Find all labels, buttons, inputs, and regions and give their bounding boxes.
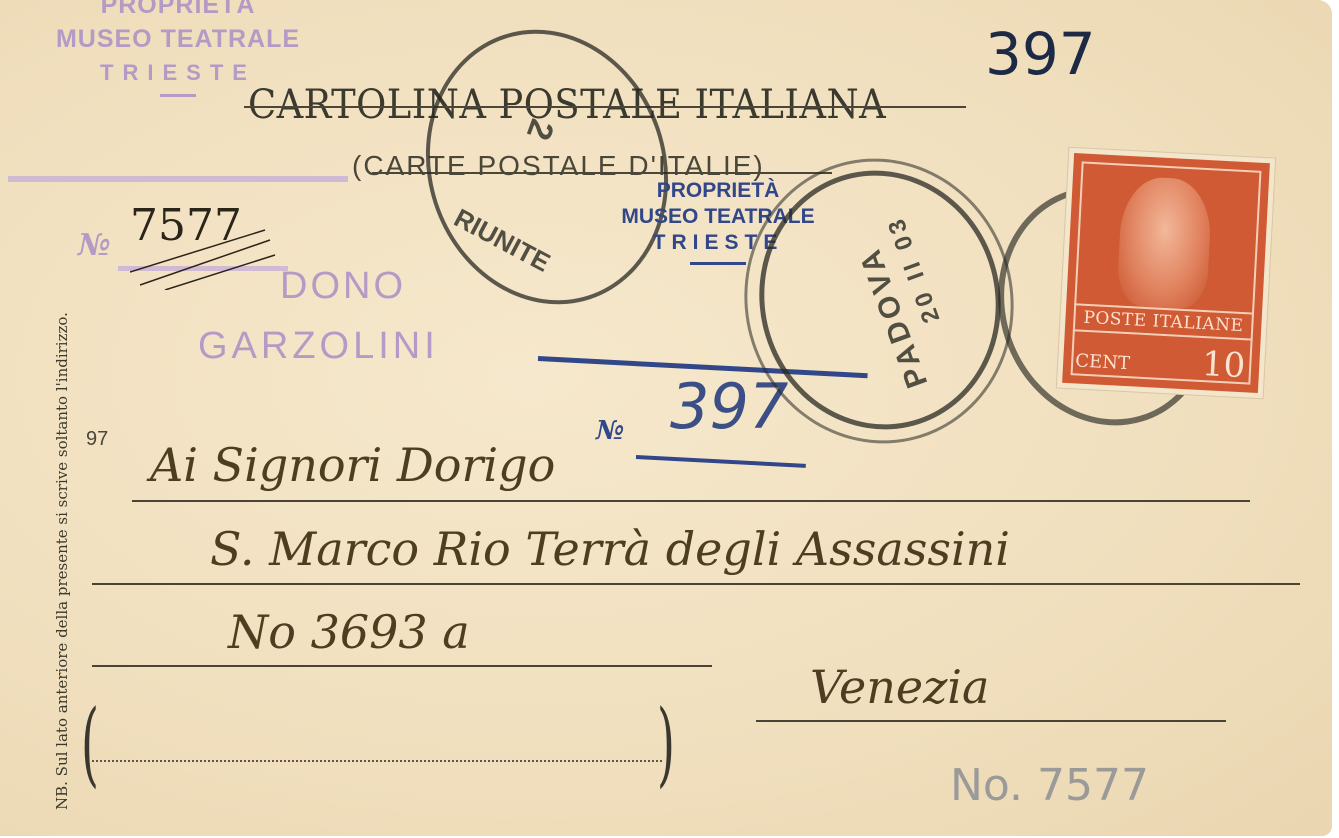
sender-dotted-line <box>92 760 662 762</box>
address-line-1: Ai Signori Dorigo <box>150 438 555 492</box>
stamp-unit: CENT <box>1075 350 1131 374</box>
strikeout-lines <box>130 200 280 290</box>
postcard: PROPRIETÀ MUSEO TEATRALE TRIESTE № 7577 … <box>0 0 1332 836</box>
postage-stamp: POSTE ITALIANE CENT 10 <box>1062 153 1270 393</box>
pencil-note: No. 7577 <box>950 760 1149 811</box>
blue-number-underline <box>636 455 806 468</box>
stamp-underline <box>160 94 196 97</box>
address-line-4: Venezia <box>810 660 989 714</box>
catalog-number: 397 <box>985 20 1096 88</box>
postmark-riunite <box>391 0 703 336</box>
number-label-purple: № <box>78 228 111 263</box>
stamp-underline <box>690 262 746 265</box>
number-label-blue: № <box>596 416 624 446</box>
donation-stamp-line-2: GARZOLINI <box>198 325 439 368</box>
right-paren: ) <box>657 690 675 797</box>
address-rule-1 <box>132 500 1250 502</box>
printed-number: 97 <box>86 428 108 451</box>
address-line-3: No 3693 a <box>228 605 470 659</box>
address-rule-4 <box>756 720 1226 722</box>
stamp-line-1: PROPRIETÀ <box>28 0 328 22</box>
address-line-2: S. Marco Rio Terrà degli Assassini <box>210 522 1010 576</box>
side-note: NB. Sul lato anteriore della presente si… <box>53 312 71 810</box>
king-portrait-icon <box>1116 176 1213 311</box>
address-rule-3 <box>92 665 712 667</box>
stamp-value: 10 <box>1201 344 1246 386</box>
stamp-line-2: MUSEO TEATRALE <box>28 22 328 56</box>
address-rule-2 <box>92 583 1300 585</box>
purple-number-rule <box>8 176 348 182</box>
donation-stamp-line-1: DONO <box>280 265 406 308</box>
left-paren: ( <box>81 690 99 797</box>
